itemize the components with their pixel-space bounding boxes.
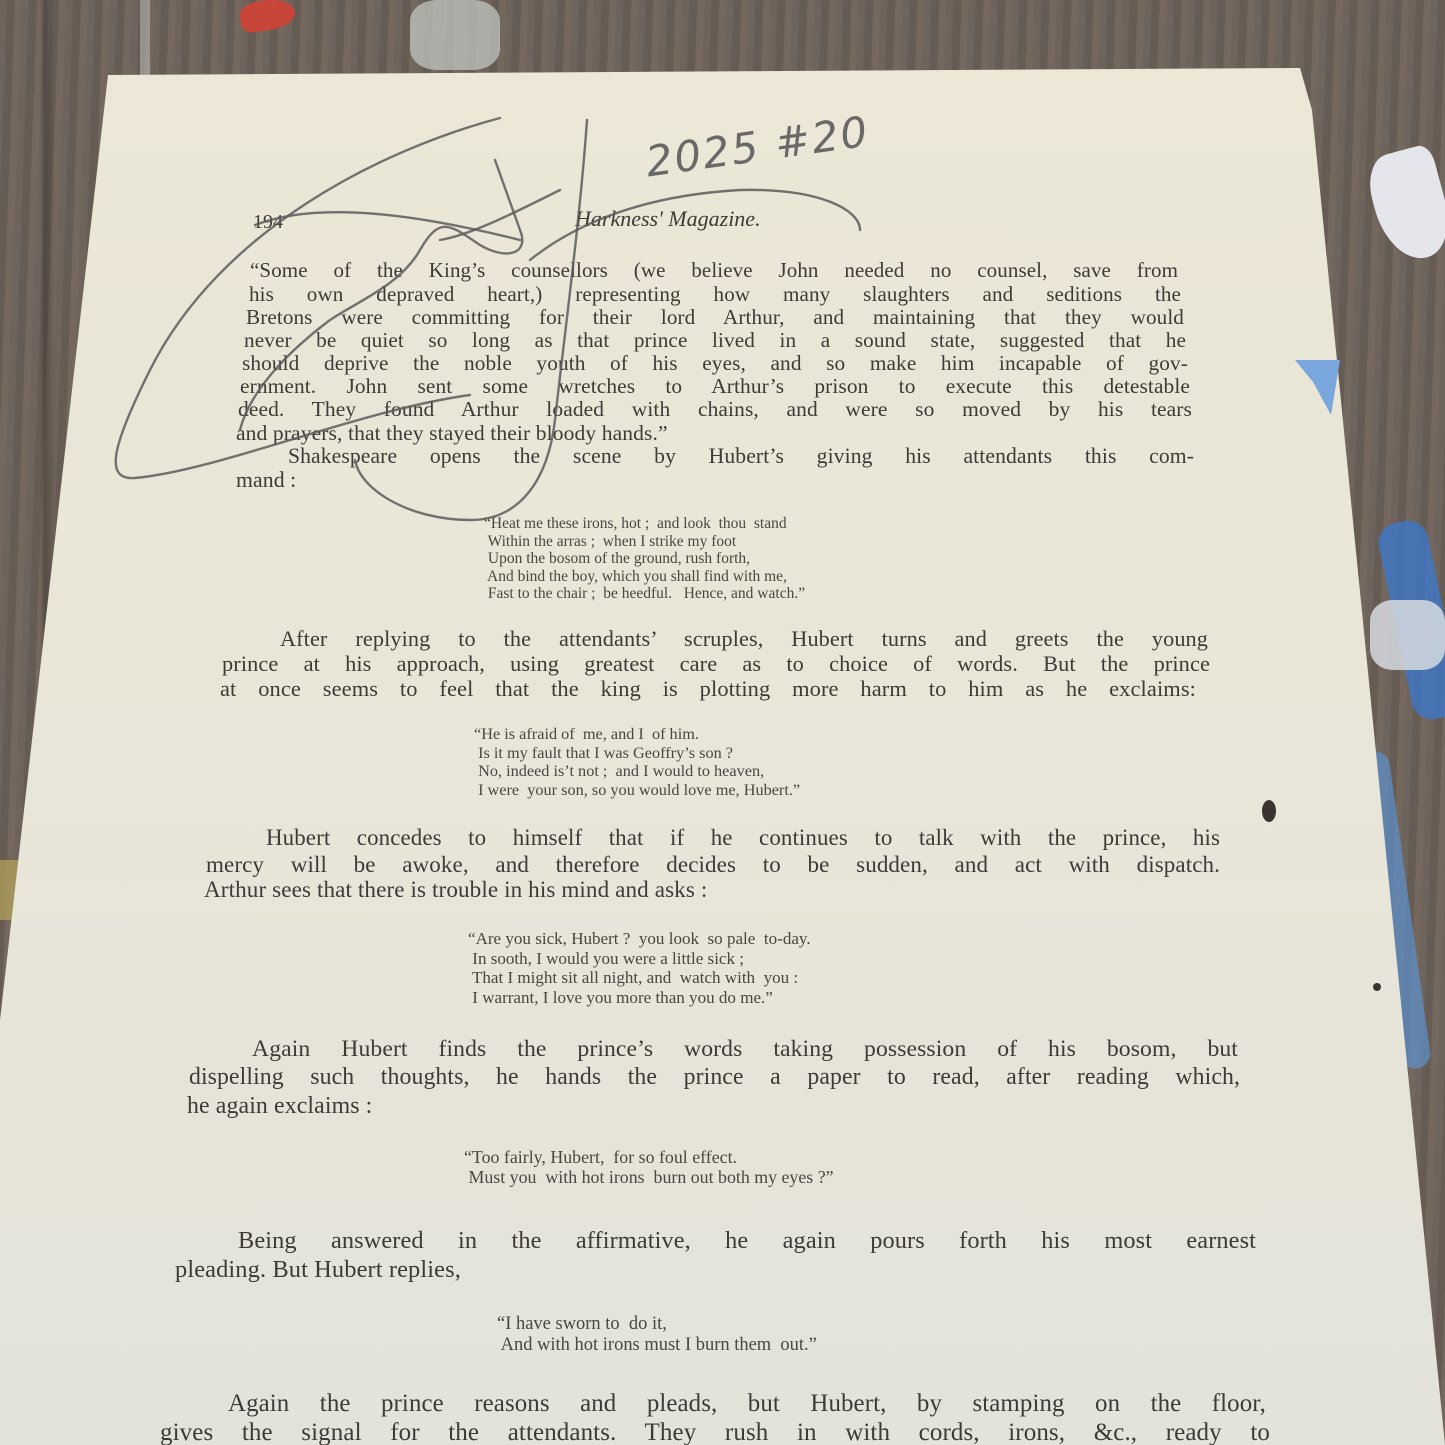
verse-line: “I have sworn to do it,	[497, 1313, 667, 1334]
paragraph-line: never be quiet so long as that prince li…	[244, 328, 1186, 353]
verse-line: “Too fairly, Hubert, for so foul effect.	[464, 1147, 737, 1168]
paint-splatter-white-2	[1370, 600, 1445, 670]
paragraph-line: at once seems to feel that the king is p…	[220, 676, 1196, 702]
verse-line: No, indeed is’t not ; and I would to hea…	[474, 761, 764, 781]
paragraph-line: Hubert concedes to himself that if he co…	[266, 825, 1220, 851]
paragraph-line: mand :	[236, 468, 326, 493]
verse-line: “He is afraid of me, and I of him.	[474, 724, 699, 744]
paragraph-line: his own depraved heart,) representing ho…	[249, 282, 1181, 307]
paragraph-line: Again Hubert finds the prince’s words ta…	[252, 1036, 1238, 1063]
paragraph-line: gives the signal for the attendants. The…	[160, 1419, 1270, 1445]
verse-line: Is it my fault that I was Geoffry’s son …	[474, 743, 733, 763]
verse-line: Within the arras ; when I strike my foot	[484, 533, 736, 551]
page-number: 194	[253, 211, 283, 234]
verse-line: In sooth, I would you were a little sick…	[468, 949, 744, 969]
paragraph-line: he again exclaims :	[187, 1093, 442, 1120]
paragraph-line: prince at his approach, using greatest c…	[222, 651, 1210, 677]
paint-streak	[140, 0, 150, 75]
verse-line: “Heat me these irons, hot ; and look tho…	[484, 515, 787, 533]
running-title: Harkness' Magazine.	[575, 206, 761, 232]
verse-line: Upon the bosom of the ground, rush forth…	[484, 550, 750, 568]
verse-line: “Are you sick, Hubert ? you look so pale…	[468, 929, 811, 949]
paint-splatter-grey	[410, 0, 500, 70]
paragraph-line: dispelling such thoughts, he hands the p…	[189, 1064, 1240, 1091]
paragraph-line: Bretons were committing for their lord A…	[246, 305, 1184, 330]
paragraph-line: pleading. But Hubert replies,	[175, 1256, 585, 1284]
verse-line: I were your son, so you would love me, H…	[474, 780, 800, 800]
verse-line: And with hot irons must I burn them out.…	[497, 1334, 817, 1355]
verse-line: Must you with hot irons burn out both my…	[464, 1167, 834, 1188]
paragraph-line: Arthur sees that there is trouble in his…	[204, 877, 674, 904]
paragraph-line: mercy will be awoke, and therefore decid…	[206, 851, 1220, 878]
paragraph-line: Again the prince reasons and pleads, but…	[228, 1390, 1266, 1418]
verse-line: I warrant, I love you more than you do m…	[468, 988, 773, 1008]
verse-line: And bind the boy, which you shall find w…	[484, 568, 787, 586]
paragraph-line: deed. They found Arthur loaded with chai…	[238, 397, 1192, 422]
paragraph-line: Being answered in the affirmative, he ag…	[238, 1227, 1256, 1255]
paragraph-line: should deprive the noble youth of his ey…	[242, 351, 1188, 376]
paragraph-line: “Some of the King’s counsellors (we beli…	[250, 258, 1178, 283]
paragraph-line: ernment. John sent some wretches to Arth…	[240, 374, 1190, 399]
paragraph-line: and prayers, that they stayed their bloo…	[236, 421, 796, 446]
verse-line: That I might sit all night, and watch wi…	[468, 968, 798, 988]
paragraph-line: Shakespeare opens the scene by Hubert’s …	[288, 444, 1194, 469]
verse-line: Fast to the chair ; be heedful. Hence, a…	[484, 585, 805, 603]
page-hole	[1373, 983, 1381, 991]
paragraph-line: After replying to the attendants’ scrupl…	[280, 626, 1208, 652]
page-tear	[1262, 800, 1276, 822]
